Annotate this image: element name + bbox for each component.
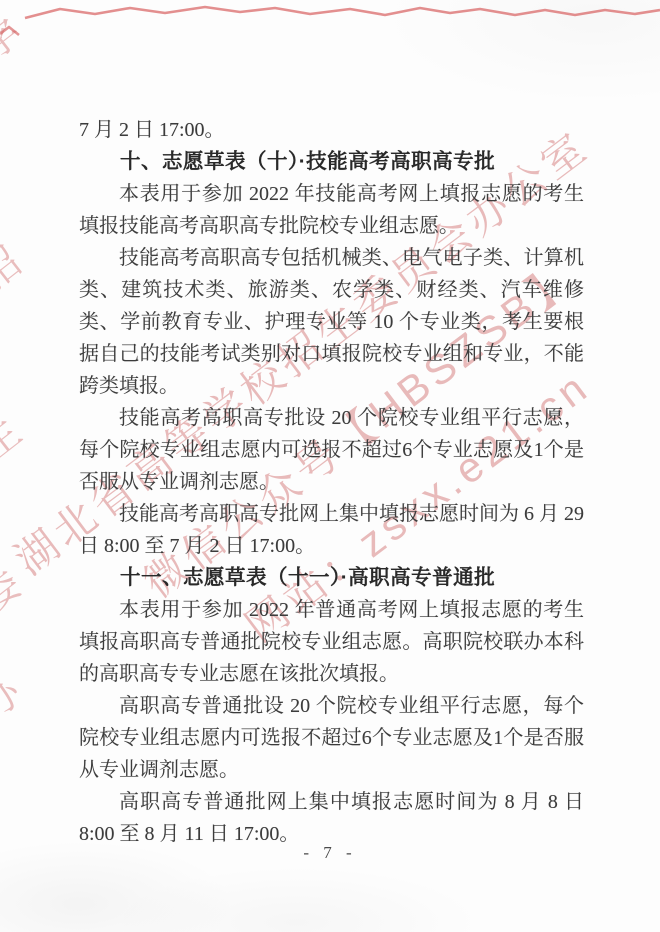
watermark-edge-fragment: 生 bbox=[0, 402, 31, 472]
watermark-edge-fragment: 委 bbox=[0, 554, 31, 624]
document-body: 7 月 2 日 17:00。 十、志愿草表（十）·技能高考高职高专批 本表用于参… bbox=[79, 114, 584, 850]
watermark-edge-fragment: 办 bbox=[0, 662, 31, 732]
carryover-line: 7 月 2 日 17:00。 bbox=[79, 114, 584, 146]
paragraph: 本表用于参加 2022 年技能高考网上填报志愿的考生填报技能高考高职高专批院校专… bbox=[79, 178, 584, 242]
scanned-document-page: 湖北省高等学校招生委员会办公室 微信公众号【HBSZSB】 网站：zsxx.e2… bbox=[0, 0, 660, 932]
paragraph: 技能高考高职高专批网上集中填报志愿时间为 6 月 29 日 8:00 至 7 月… bbox=[79, 498, 584, 562]
watermark-edge-fragment: 招 bbox=[0, 232, 31, 302]
paragraph: 高职高专普通批设 20 个院校专业组平行志愿，每个院校专业组志愿内可选报不超过6… bbox=[79, 690, 584, 786]
page-number: - 7 - bbox=[0, 843, 660, 863]
paragraph: 高职高专普通批网上集中填报志愿时间为 8 月 8 日 8:00 至 8 月 11… bbox=[79, 786, 584, 850]
torn-edge-zigzag-line bbox=[0, 0, 660, 40]
paragraph: 技能高考高职高专包括机械类、电气电子类、计算机类、建筑技术类、旅游类、农学类、财… bbox=[79, 242, 584, 402]
section-heading-11: 十一、志愿草表（十一）·高职高专普通批 bbox=[79, 562, 584, 594]
paragraph: 技能高考高职高专批设 20 个院校专业组平行志愿，每个院校专业组志愿内可选报不超… bbox=[79, 402, 584, 498]
paragraph: 本表用于参加 2022 年普通高考网上填报志愿的考生填报高职高专普通批院校专业组… bbox=[79, 594, 584, 690]
section-heading-10: 十、志愿草表（十）·技能高考高职高专批 bbox=[79, 146, 584, 178]
